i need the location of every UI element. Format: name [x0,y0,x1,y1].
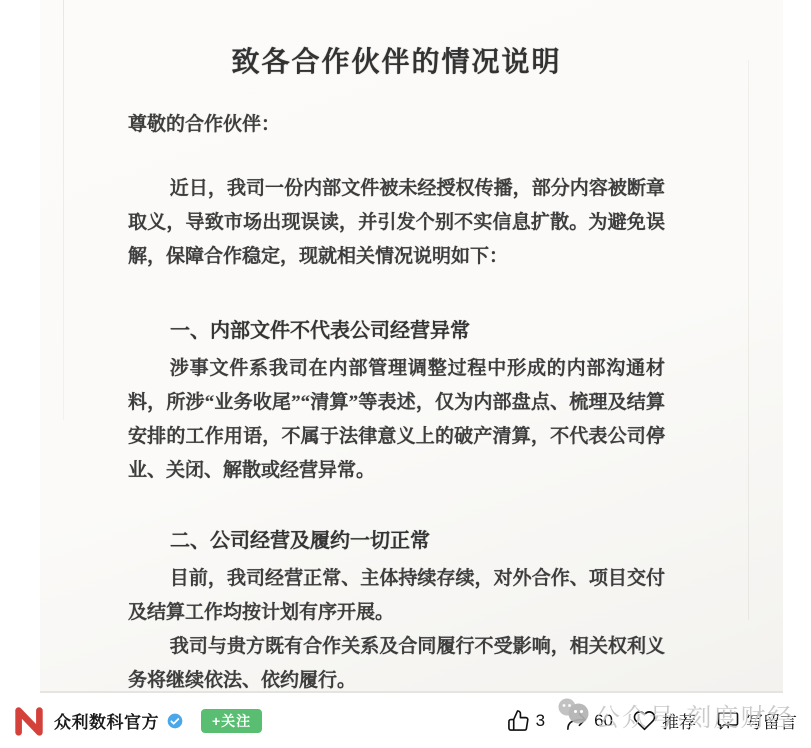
heart-icon [633,709,656,732]
account-name: 众利数科官方 [54,708,159,733]
thumbs-up-icon [507,709,530,732]
comment-button[interactable]: 写留言 [716,708,797,733]
section-2-paragraph-2: 我司与贵方既有合作关系及合同履行不受影响，相关权利义务将继续依法、依约履行。 [128,630,665,698]
comment-label: 写留言 [746,708,797,733]
document-salutation: 尊敬的合作伙伴： [128,108,665,142]
section-1-paragraph: 涉事文件系我司在内部管理调整过程中形成的内部沟通材料，所涉“业务收尾”“清算”等… [128,352,665,488]
document-section-1: 一、内部文件不代表公司经营异常 涉事文件系我司在内部管理调整过程中形成的内部沟通… [128,314,665,488]
share-count: 60 [594,711,613,731]
like-count: 3 [536,711,545,731]
engagement-actions: 3 60 推荐 写留言 [507,708,797,733]
footer-bar: 众利数科官方 +关注 3 60 推荐 [0,693,811,748]
share-arrow-icon [565,709,588,732]
verified-badge-icon [167,713,183,729]
zhongli-logo-icon [12,704,46,738]
recommend-label: 推荐 [662,708,696,733]
document-content: 致各合作伙伴的情况说明 尊敬的合作伙伴： 近日，我司一份内部文件被未经授权传播，… [40,0,783,691]
comment-icon [716,709,740,733]
follow-button[interactable]: +关注 [201,709,262,733]
document-title: 致各合作伙伴的情况说明 [128,40,665,80]
document-photo[interactable]: 致各合作伙伴的情况说明 尊敬的合作伙伴： 近日，我司一份内部文件被未经授权传播，… [40,0,783,693]
document-section-2: 二、公司经营及履约一切正常 目前，我司经营正常、主体持续存续，对外合作、项目交付… [128,524,665,698]
section-2-paragraph-1: 目前，我司经营正常、主体持续存续，对外合作、项目交付及结算工作均按计划有序开展。 [128,562,665,630]
recommend-button[interactable]: 推荐 [633,708,696,733]
like-button[interactable]: 3 [507,709,545,732]
section-1-heading: 一、内部文件不代表公司经营异常 [128,314,665,348]
account-profile[interactable]: 众利数科官方 +关注 [12,704,262,738]
section-2-heading: 二、公司经营及履约一切正常 [128,524,665,558]
document-intro-paragraph: 近日，我司一份内部文件被未经授权传播，部分内容被断章取义，导致市场出现误读，并引… [128,172,665,274]
share-button[interactable]: 60 [565,709,613,732]
